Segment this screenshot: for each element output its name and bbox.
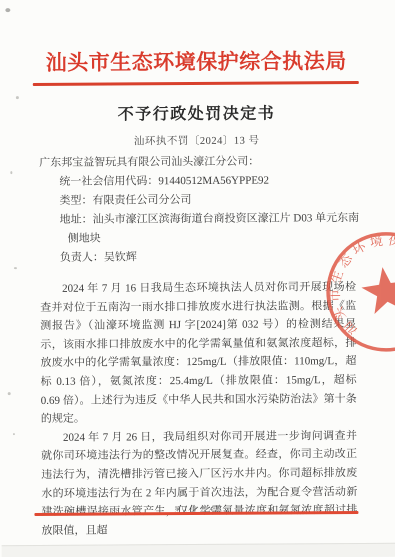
company-type-line: 类型：有限责任公司分公司 [39,190,359,211]
address-line-2: 侧地块 [40,228,360,249]
scanned-document-page: 汕头市生态环境保护综合执法局 不予行政处罚决定书 汕环执不罚〔2024〕13 号… [0,0,395,557]
paragraph-reinspection: 2024 年 7 月 26 日，我局组织对你司开展进一步询问调查并就你司环境违法… [41,427,358,540]
document-body: 2024 年 7 月 16 日我局生态环境执法人员对你司开展现场检查并对位于五南… [40,278,358,540]
credit-code-line: 统一社会信用代码：91440512MA56YPPE92 [39,171,359,192]
letterhead-rule [33,81,359,85]
scan-speck [8,392,11,395]
page-bottom-edge [2,543,395,557]
address-line-1: 地址：汕头市濠江区滨海街道台商投资区濠江片 D03 单元东南 [40,209,360,230]
agency-letterhead: 汕头市生态环境保护综合执法局 [0,45,394,77]
official-seal-stamp: 汕头市生态环境保护综合执法局 [314,222,395,368]
paragraph-inspection-findings: 2024 年 7 月 16 日我局生态环境执法人员对你司开展现场检查并对位于五南… [40,278,357,429]
recipient-info-block: 广东邦宝益智玩具有限公司汕头濠江分公司： 统一社会信用代码：91440512MA… [39,152,360,268]
scan-speck [14,267,17,269]
star-icon [359,264,395,316]
document-number: 汕环执不罚〔2024〕13 号 [0,132,394,149]
scan-speck [13,433,15,435]
document-title: 不予行政处罚决定书 [0,100,394,125]
page-content: 汕头市生态环境保护综合执法局 不予行政处罚决定书 汕环执不罚〔2024〕13 号… [0,0,395,557]
scan-speck [5,8,10,12]
scan-speck [16,96,19,99]
responsible-person-line: 负责人：吴钦辉 [40,247,360,268]
recipient-name: 广东邦宝益智玩具有限公司汕头濠江分公司： [39,152,359,173]
scan-speck [10,171,12,174]
